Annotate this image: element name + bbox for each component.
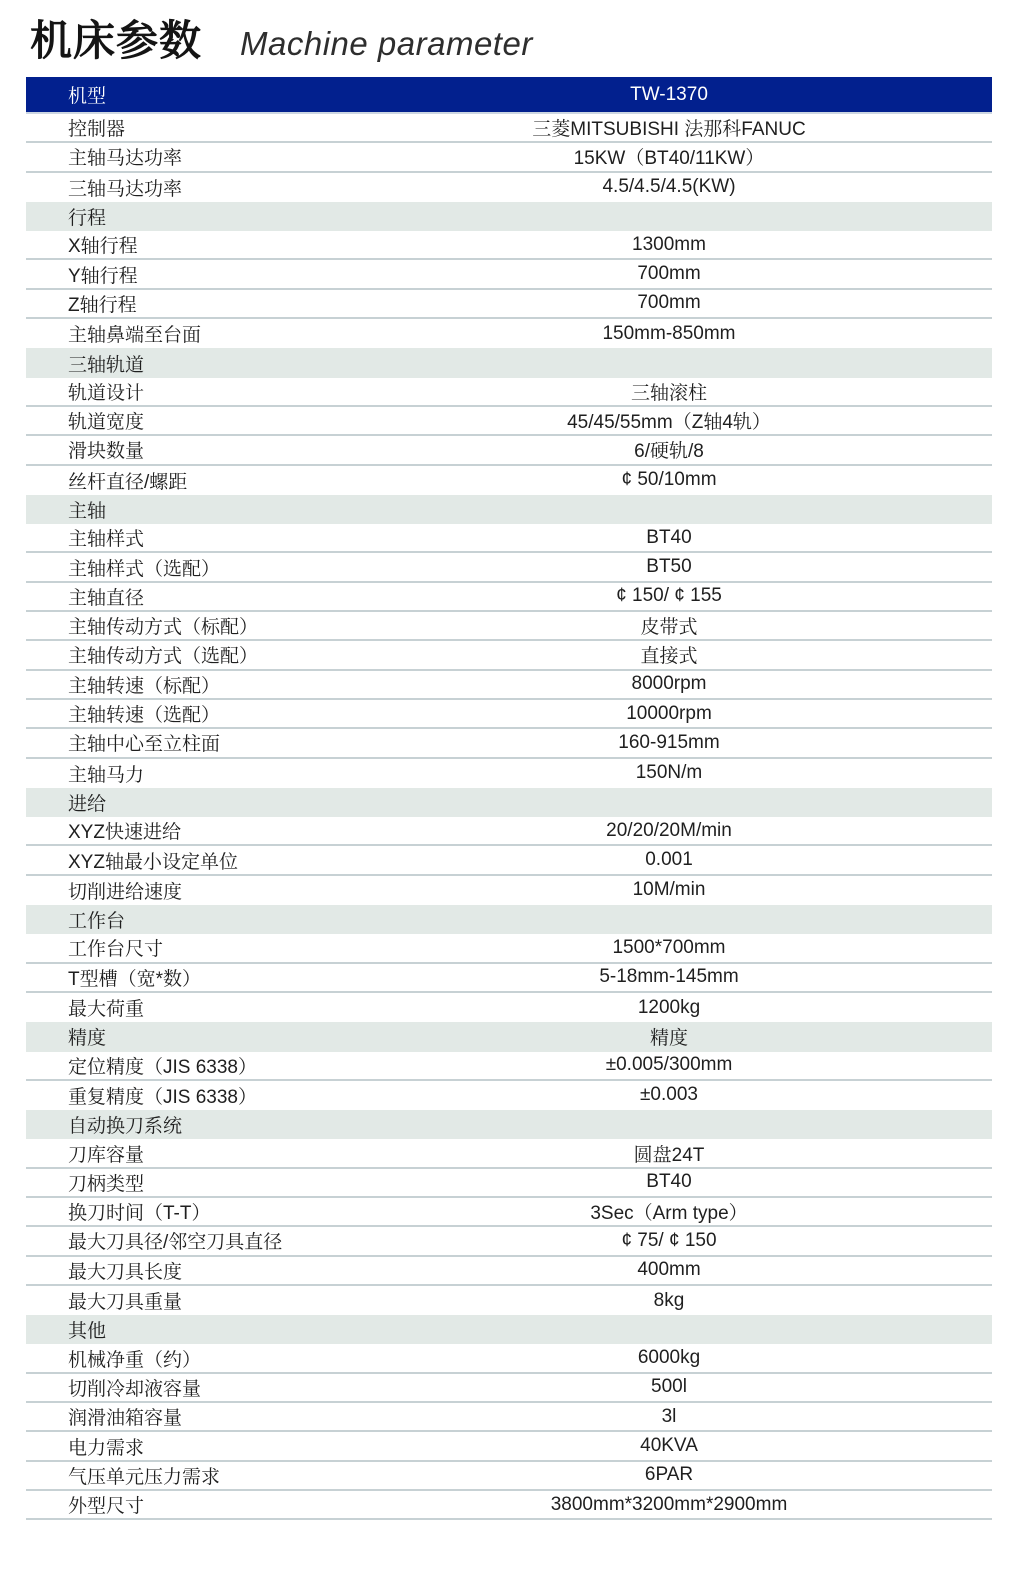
table-row: 润滑油箱容量 3l bbox=[26, 1403, 992, 1432]
row-value: 400mm bbox=[346, 1259, 992, 1281]
row-value: 10000rpm bbox=[346, 703, 992, 725]
row-value: 6/硬轨/8 bbox=[346, 436, 992, 463]
section-row: 进给 bbox=[26, 788, 992, 817]
row-value: 20/20/20M/min bbox=[346, 820, 992, 842]
table-row: X轴行程 1300mm bbox=[26, 231, 992, 260]
row-label: 滑块数量 bbox=[26, 436, 346, 463]
row-value: 500l bbox=[346, 1376, 992, 1398]
row-label: 外型尺寸 bbox=[26, 1491, 346, 1518]
row-label: XYZ轴最小设定单位 bbox=[26, 847, 346, 874]
table-body: 控制器 三菱MITSUBISHI 法那科FANUC 主轴马达功率 15KW（BT… bbox=[26, 114, 992, 1520]
row-value: 3l bbox=[346, 1406, 992, 1428]
row-label: 三轴轨道 bbox=[26, 350, 346, 377]
row-label: Z轴行程 bbox=[26, 290, 346, 317]
table-row: 主轴鼻端至台面 150mm-850mm bbox=[26, 319, 992, 348]
table-row: Z轴行程 700mm bbox=[26, 290, 992, 319]
row-value: 精度 bbox=[346, 1023, 992, 1050]
row-value: 10M/min bbox=[346, 879, 992, 901]
row-label: 进给 bbox=[26, 789, 346, 816]
row-label: 主轴样式（选配） bbox=[26, 554, 346, 581]
table-row: 主轴样式 BT40 bbox=[26, 524, 992, 553]
table-row: 主轴转速（标配） 8000rpm bbox=[26, 671, 992, 700]
section-row: 其他 bbox=[26, 1315, 992, 1344]
model-value: TW-1370 bbox=[346, 84, 992, 106]
row-value: 150mm-850mm bbox=[346, 323, 992, 345]
section-row: 主轴 bbox=[26, 495, 992, 524]
table-row: 丝杆直径/螺距 ¢ 50/10mm bbox=[26, 466, 992, 495]
row-label: 主轴马达功率 bbox=[26, 143, 346, 170]
machine-parameter-page: 机床参数 Machine parameter 机型 TW-1370 控制器 三菱… bbox=[0, 0, 1026, 1589]
row-label: XYZ快速进给 bbox=[26, 817, 346, 844]
row-value: 三轴滚柱 bbox=[346, 378, 992, 405]
row-label: 最大荷重 bbox=[26, 994, 346, 1021]
table-row: 最大刀具径/邻空刀具直径 ¢ 75/ ¢ 150 bbox=[26, 1227, 992, 1256]
section-row: 三轴轨道 bbox=[26, 348, 992, 377]
table-row: XYZ轴最小设定单位 0.001 bbox=[26, 846, 992, 875]
row-label: 刀库容量 bbox=[26, 1140, 346, 1167]
table-row: 机械净重（约） 6000kg bbox=[26, 1344, 992, 1373]
table-row: 最大荷重 1200kg bbox=[26, 993, 992, 1022]
page-title: 机床参数 Machine parameter bbox=[30, 8, 533, 68]
row-label: 最大刀具径/邻空刀具直径 bbox=[26, 1227, 346, 1254]
table-row: 滑块数量 6/硬轨/8 bbox=[26, 436, 992, 465]
row-label: 主轴转速（选配） bbox=[26, 700, 346, 727]
table-row: 电力需求 40KVA bbox=[26, 1432, 992, 1461]
row-label: 精度 bbox=[26, 1023, 346, 1050]
row-label: 轨道宽度 bbox=[26, 407, 346, 434]
table-row: 控制器 三菱MITSUBISHI 法那科FANUC bbox=[26, 114, 992, 143]
table-row: 主轴传动方式（选配） 直接式 bbox=[26, 641, 992, 670]
row-value: 8000rpm bbox=[346, 673, 992, 695]
row-label: 机械净重（约） bbox=[26, 1345, 346, 1372]
table-row: 定位精度（JIS 6338） ±0.005/300mm bbox=[26, 1052, 992, 1081]
row-label: 轨道设计 bbox=[26, 378, 346, 405]
table-row: XYZ快速进给 20/20/20M/min bbox=[26, 817, 992, 846]
table-row: 主轴直径 ¢ 150/ ¢ 155 bbox=[26, 583, 992, 612]
row-label: 切削冷却液容量 bbox=[26, 1374, 346, 1401]
row-label: 气压单元压力需求 bbox=[26, 1462, 346, 1489]
page-title-en: Machine parameter bbox=[240, 25, 533, 63]
row-label: X轴行程 bbox=[26, 231, 346, 258]
row-label: 最大刀具长度 bbox=[26, 1257, 346, 1284]
row-value: 150N/m bbox=[346, 762, 992, 784]
row-label: 工作台尺寸 bbox=[26, 934, 346, 961]
row-value: ±0.003 bbox=[346, 1084, 992, 1106]
row-value: BT40 bbox=[346, 527, 992, 549]
table-row: Y轴行程 700mm bbox=[26, 260, 992, 289]
row-value: 直接式 bbox=[346, 641, 992, 668]
row-label: 主轴直径 bbox=[26, 583, 346, 610]
row-value: 0.001 bbox=[346, 849, 992, 871]
row-value: 1300mm bbox=[346, 234, 992, 256]
table-row: T型槽（宽*数） 5-18mm-145mm bbox=[26, 964, 992, 993]
row-label: 丝杆直径/螺距 bbox=[26, 467, 346, 494]
table-row: 主轴转速（选配） 10000rpm bbox=[26, 700, 992, 729]
row-label: 工作台 bbox=[26, 906, 346, 933]
row-value: 6000kg bbox=[346, 1347, 992, 1369]
table-row: 主轴中心至立柱面 160-915mm bbox=[26, 729, 992, 758]
row-value: 3Sec（Arm type） bbox=[346, 1198, 992, 1225]
row-label: 主轴传动方式（标配） bbox=[26, 612, 346, 639]
row-label: 主轴 bbox=[26, 496, 346, 523]
table-row: 三轴马达功率 4.5/4.5/4.5(KW) bbox=[26, 173, 992, 202]
row-value: 15KW（BT40/11KW） bbox=[346, 143, 992, 170]
row-value: ¢ 150/ ¢ 155 bbox=[346, 585, 992, 607]
row-label: 定位精度（JIS 6338） bbox=[26, 1052, 346, 1079]
row-value: 3800mm*3200mm*2900mm bbox=[346, 1494, 992, 1516]
table-row: 主轴传动方式（标配） 皮带式 bbox=[26, 612, 992, 641]
row-label: 控制器 bbox=[26, 114, 346, 141]
table-row: 主轴样式（选配） BT50 bbox=[26, 553, 992, 582]
row-label: 主轴传动方式（选配） bbox=[26, 641, 346, 668]
row-value: 三菱MITSUBISHI 法那科FANUC bbox=[346, 114, 992, 141]
table-header-row: 机型 TW-1370 bbox=[26, 77, 992, 114]
row-label: 主轴转速（标配） bbox=[26, 671, 346, 698]
row-label: T型槽（宽*数） bbox=[26, 964, 346, 991]
row-label: 主轴中心至立柱面 bbox=[26, 729, 346, 756]
row-label: 润滑油箱容量 bbox=[26, 1403, 346, 1430]
row-label: Y轴行程 bbox=[26, 261, 346, 288]
section-row: 工作台 bbox=[26, 905, 992, 934]
table-row: 换刀时间（T-T） 3Sec（Arm type） bbox=[26, 1198, 992, 1227]
table-row: 主轴马达功率 15KW（BT40/11KW） bbox=[26, 143, 992, 172]
row-label: 主轴鼻端至台面 bbox=[26, 320, 346, 347]
row-value: 1500*700mm bbox=[346, 937, 992, 959]
row-value: 1200kg bbox=[346, 997, 992, 1019]
row-value: 45/45/55mm（Z轴4轨） bbox=[346, 407, 992, 434]
row-value: 40KVA bbox=[346, 1435, 992, 1457]
row-label: 最大刀具重量 bbox=[26, 1287, 346, 1314]
table-row: 主轴马力 150N/m bbox=[26, 759, 992, 788]
row-label: 切削进给速度 bbox=[26, 877, 346, 904]
row-value: BT40 bbox=[346, 1171, 992, 1193]
row-label: 其他 bbox=[26, 1316, 346, 1343]
table-row: 切削冷却液容量 500l bbox=[26, 1374, 992, 1403]
table-row: 外型尺寸 3800mm*3200mm*2900mm bbox=[26, 1491, 992, 1520]
row-value: ±0.005/300mm bbox=[346, 1054, 992, 1076]
row-label: 三轴马达功率 bbox=[26, 174, 346, 201]
row-value: 6PAR bbox=[346, 1464, 992, 1486]
row-value: 皮带式 bbox=[346, 612, 992, 639]
row-label: 主轴样式 bbox=[26, 524, 346, 551]
row-value: 700mm bbox=[346, 263, 992, 285]
page-title-zh: 机床参数 bbox=[30, 8, 202, 68]
row-label: 行程 bbox=[26, 203, 346, 230]
table-row: 重复精度（JIS 6338） ±0.003 bbox=[26, 1081, 992, 1110]
row-value: 8kg bbox=[346, 1290, 992, 1312]
row-value: 700mm bbox=[346, 292, 992, 314]
section-row: 行程 bbox=[26, 202, 992, 231]
table-row: 气压单元压力需求 6PAR bbox=[26, 1462, 992, 1491]
table-row: 工作台尺寸 1500*700mm bbox=[26, 934, 992, 963]
row-label: 主轴马力 bbox=[26, 760, 346, 787]
table-row: 最大刀具重量 8kg bbox=[26, 1286, 992, 1315]
row-value: ¢ 75/ ¢ 150 bbox=[346, 1230, 992, 1252]
section-row: 精度 精度 bbox=[26, 1022, 992, 1051]
row-value: 5-18mm-145mm bbox=[346, 966, 992, 988]
row-value: ¢ 50/10mm bbox=[346, 469, 992, 491]
table-row: 切削进给速度 10M/min bbox=[26, 876, 992, 905]
row-value: 圆盘24T bbox=[346, 1140, 992, 1167]
table-row: 刀柄类型 BT40 bbox=[26, 1169, 992, 1198]
model-label: 机型 bbox=[26, 81, 346, 108]
table-row: 最大刀具长度 400mm bbox=[26, 1257, 992, 1286]
section-row: 自动换刀系统 bbox=[26, 1110, 992, 1139]
parameter-table: 机型 TW-1370 控制器 三菱MITSUBISHI 法那科FANUC 主轴马… bbox=[26, 77, 992, 1520]
table-row: 轨道宽度 45/45/55mm（Z轴4轨） bbox=[26, 407, 992, 436]
row-label: 刀柄类型 bbox=[26, 1169, 346, 1196]
row-label: 自动换刀系统 bbox=[26, 1111, 346, 1138]
table-row: 刀库容量 圆盘24T bbox=[26, 1139, 992, 1168]
row-value: 4.5/4.5/4.5(KW) bbox=[346, 176, 992, 198]
row-value: 160-915mm bbox=[346, 732, 992, 754]
table-row: 轨道设计 三轴滚柱 bbox=[26, 378, 992, 407]
row-value: BT50 bbox=[346, 556, 992, 578]
row-label: 电力需求 bbox=[26, 1433, 346, 1460]
row-label: 重复精度（JIS 6338） bbox=[26, 1082, 346, 1109]
row-label: 换刀时间（T-T） bbox=[26, 1198, 346, 1225]
